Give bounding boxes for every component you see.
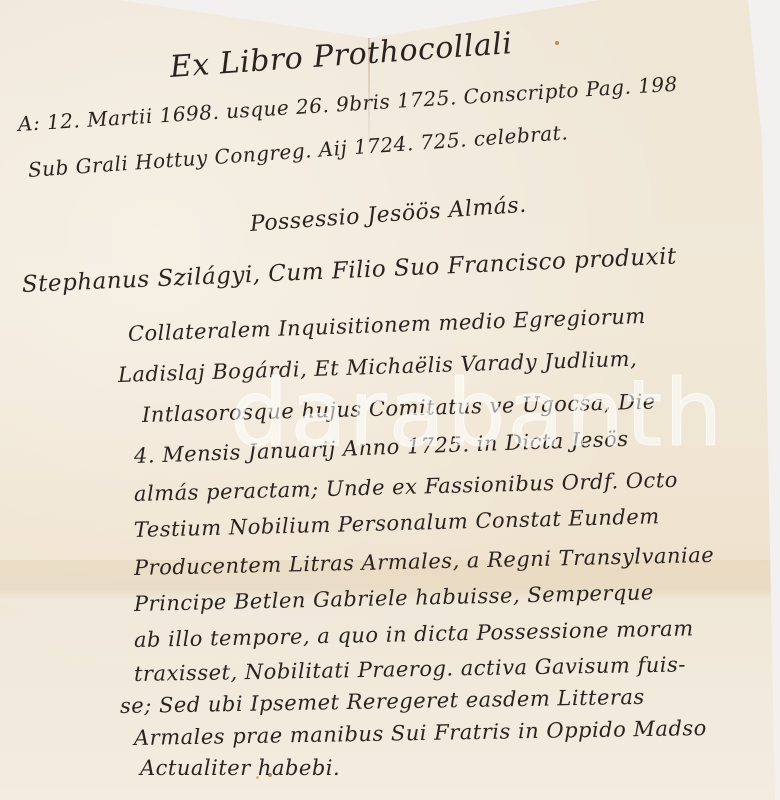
body-line: Ladislaj Bogárdi, Et Michaëlis Varady Ju… bbox=[118, 347, 638, 387]
header-line: Possessio Jesöös Almás. bbox=[249, 193, 527, 237]
header-line: A: 12. Martii 1698. usque 26. 9bris 1725… bbox=[17, 72, 678, 136]
body-line: Stephanus Szilágyi, Cum Filio Suo Franci… bbox=[21, 243, 677, 298]
body-line: Principe Betlen Gabriele habuisse, Sempe… bbox=[134, 580, 654, 616]
body-line: se; Sed ubi Ipsemet Reregeret easdem Lit… bbox=[120, 685, 645, 718]
body-line: Producentem Litras Armales, a Regni Tran… bbox=[134, 543, 715, 580]
body-line: Intlasorosque hujus Comitatus ve Ugocsa,… bbox=[142, 390, 656, 427]
body-line: Actualiter habebi. bbox=[140, 756, 340, 780]
body-line: Armales prae manibus Sui Fratris in Oppi… bbox=[134, 716, 707, 750]
body-line: traxisset, Nobilitati Praerog. activa Ga… bbox=[134, 652, 686, 686]
body-line: Collateralem Inquisitionem medio Egregio… bbox=[128, 304, 647, 346]
body-line: ab illo tempore, a quo in dicta Possessi… bbox=[134, 616, 694, 652]
body-line: 4. Mensis Januarij Anno 1725. in Dicta J… bbox=[134, 427, 629, 468]
manuscript-page: Ex Libro Prothocollali A: 12. Martii 169… bbox=[0, 0, 780, 800]
body-line: almás peractam; Unde ex Fassionibus Ordf… bbox=[134, 468, 678, 506]
document-title: Ex Libro Prothocollali bbox=[169, 26, 514, 85]
body-line: Testium Nobilium Personalum Constat Eund… bbox=[134, 504, 660, 542]
ink-stain bbox=[555, 41, 559, 45]
